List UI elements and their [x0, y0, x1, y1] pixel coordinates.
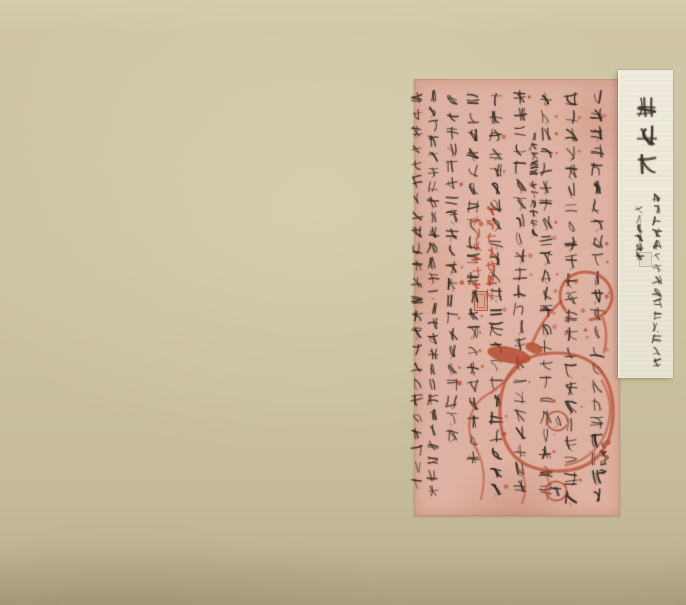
album-page: 劉湘年 順天大城縣人咸豐庚申進士官編修 曾任廣東學政 甲申八月獲觀汪容甫先生珍藏… [0, 0, 686, 605]
faint-seal [639, 252, 652, 267]
red-collector-seal [474, 291, 488, 311]
colophon-panel [414, 79, 620, 516]
title-slip [618, 70, 673, 378]
